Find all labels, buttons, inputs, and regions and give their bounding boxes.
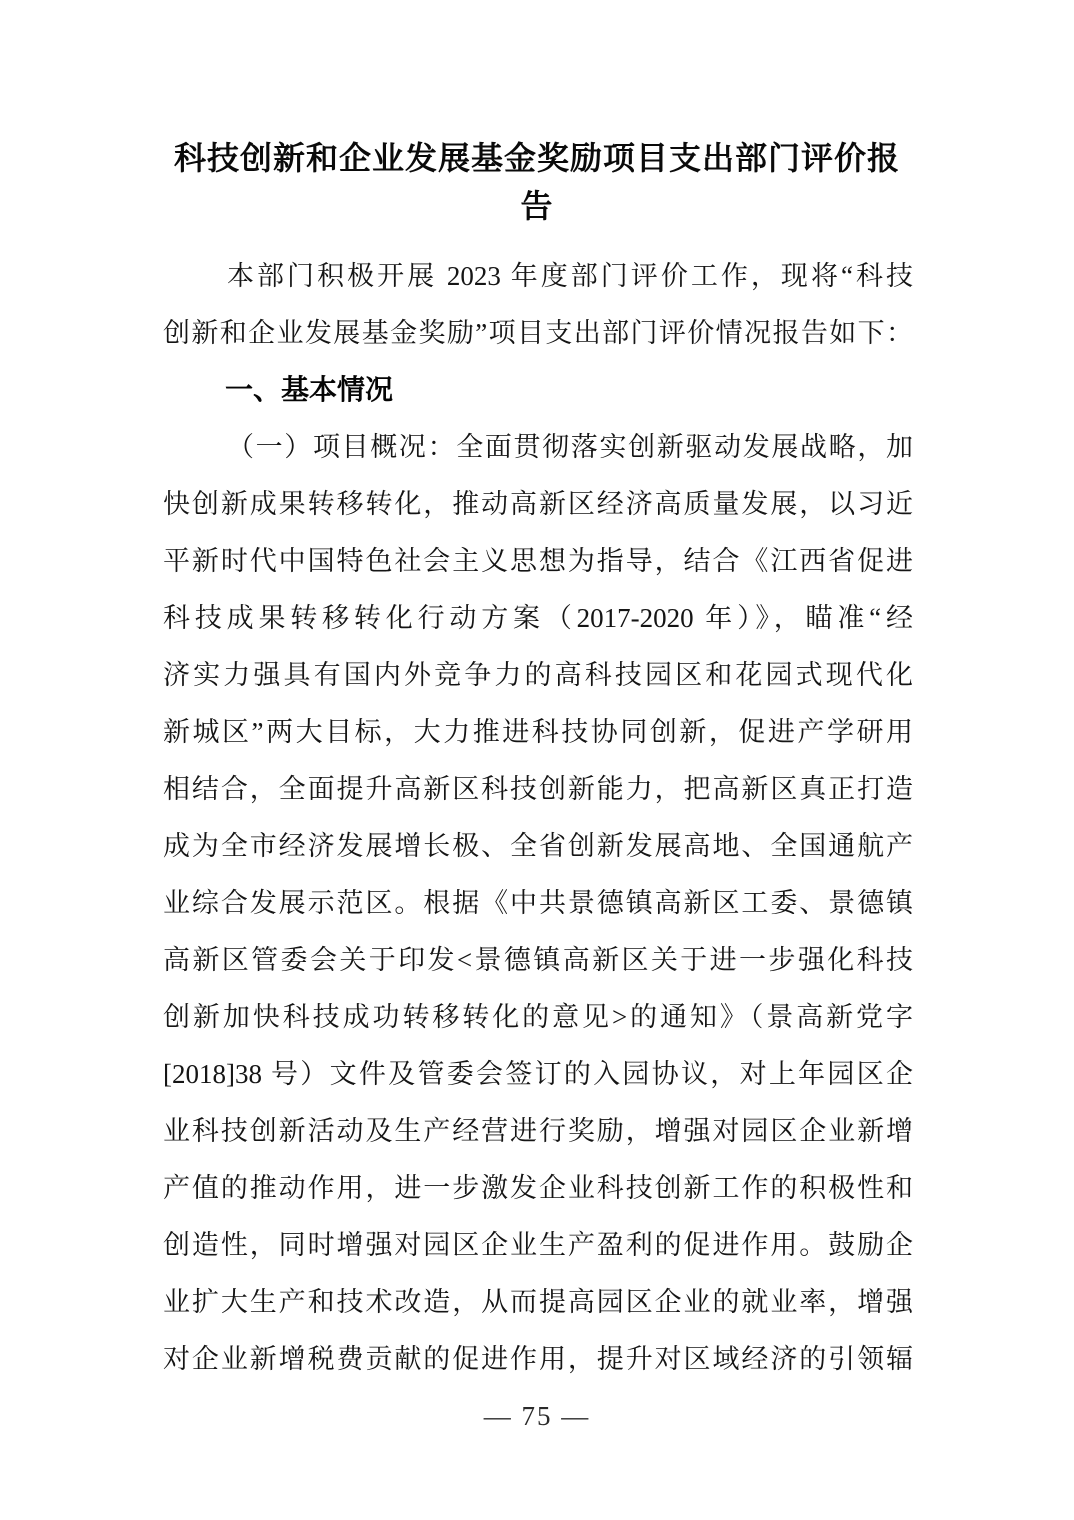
page-number: — 75 — [484,1401,591,1431]
text-line: 业综合发展示范区。根据《中共景德镇高新区工委、景德镇 [163,875,913,932]
text-line: 业科技创新活动及生产经营进行奖励，增强对园区企业新增 [163,1103,913,1160]
text-line: 对企业新增税费贡献的促进作用，提升对区域经济的引领辐 [163,1331,913,1388]
page-footer: — 75 — [0,1396,1074,1436]
text-line: 济实力强具有国内外竞争力的高科技园区和花园式现代化 [163,647,913,704]
document-body: 本部门积极开展 2023 年度部门评价工作，现将“科技创新和企业发展基金奖励”项… [163,248,913,1388]
text-line: 创新和企业发展基金奖励”项目支出部门评价情况报告如下： [163,305,913,362]
text-line: 高新区管委会关于印发<景德镇高新区关于进一步强化科技 [163,932,913,989]
text-line: 科技成果转移转化行动方案（2017-2020 年）》，瞄准“经 [163,590,913,647]
document-page: 科技创新和企业发展基金奖励项目支出部门评价报告 本部门积极开展 2023 年度部… [0,0,1074,1520]
text-line: 相结合，全面提升高新区科技创新能力，把高新区真正打造 [163,761,913,818]
document-title: 科技创新和企业发展基金奖励项目支出部门评价报告 [162,134,912,230]
section-heading: 一、基本情况 [163,362,913,419]
text-line: 创新加快科技成功转移转化的意见>的通知》（景高新党字 [163,989,913,1046]
text-line: [2018]38 号）文件及管委会签订的入园协议，对上年园区企 [163,1046,913,1103]
text-line: 本部门积极开展 2023 年度部门评价工作，现将“科技 [163,248,913,305]
text-line: 平新时代中国特色社会主义思想为指导，结合《江西省促进 [163,533,913,590]
text-line: （一）项目概况：全面贯彻落实创新驱动发展战略，加 [163,419,913,476]
text-line: 创造性，同时增强对园区企业生产盈利的促进作用。鼓励企 [163,1217,913,1274]
text-line: 业扩大生产和技术改造，从而提高园区企业的就业率，增强 [163,1274,913,1331]
text-line: 产值的推动作用，进一步激发企业科技创新工作的积极性和 [163,1160,913,1217]
text-line: 成为全市经济发展增长极、全省创新发展高地、全国通航产 [163,818,913,875]
text-line: 快创新成果转移转化，推动高新区经济高质量发展，以习近 [163,476,913,533]
text-line: 新城区”两大目标，大力推进科技协同创新，促进产学研用 [163,704,913,761]
